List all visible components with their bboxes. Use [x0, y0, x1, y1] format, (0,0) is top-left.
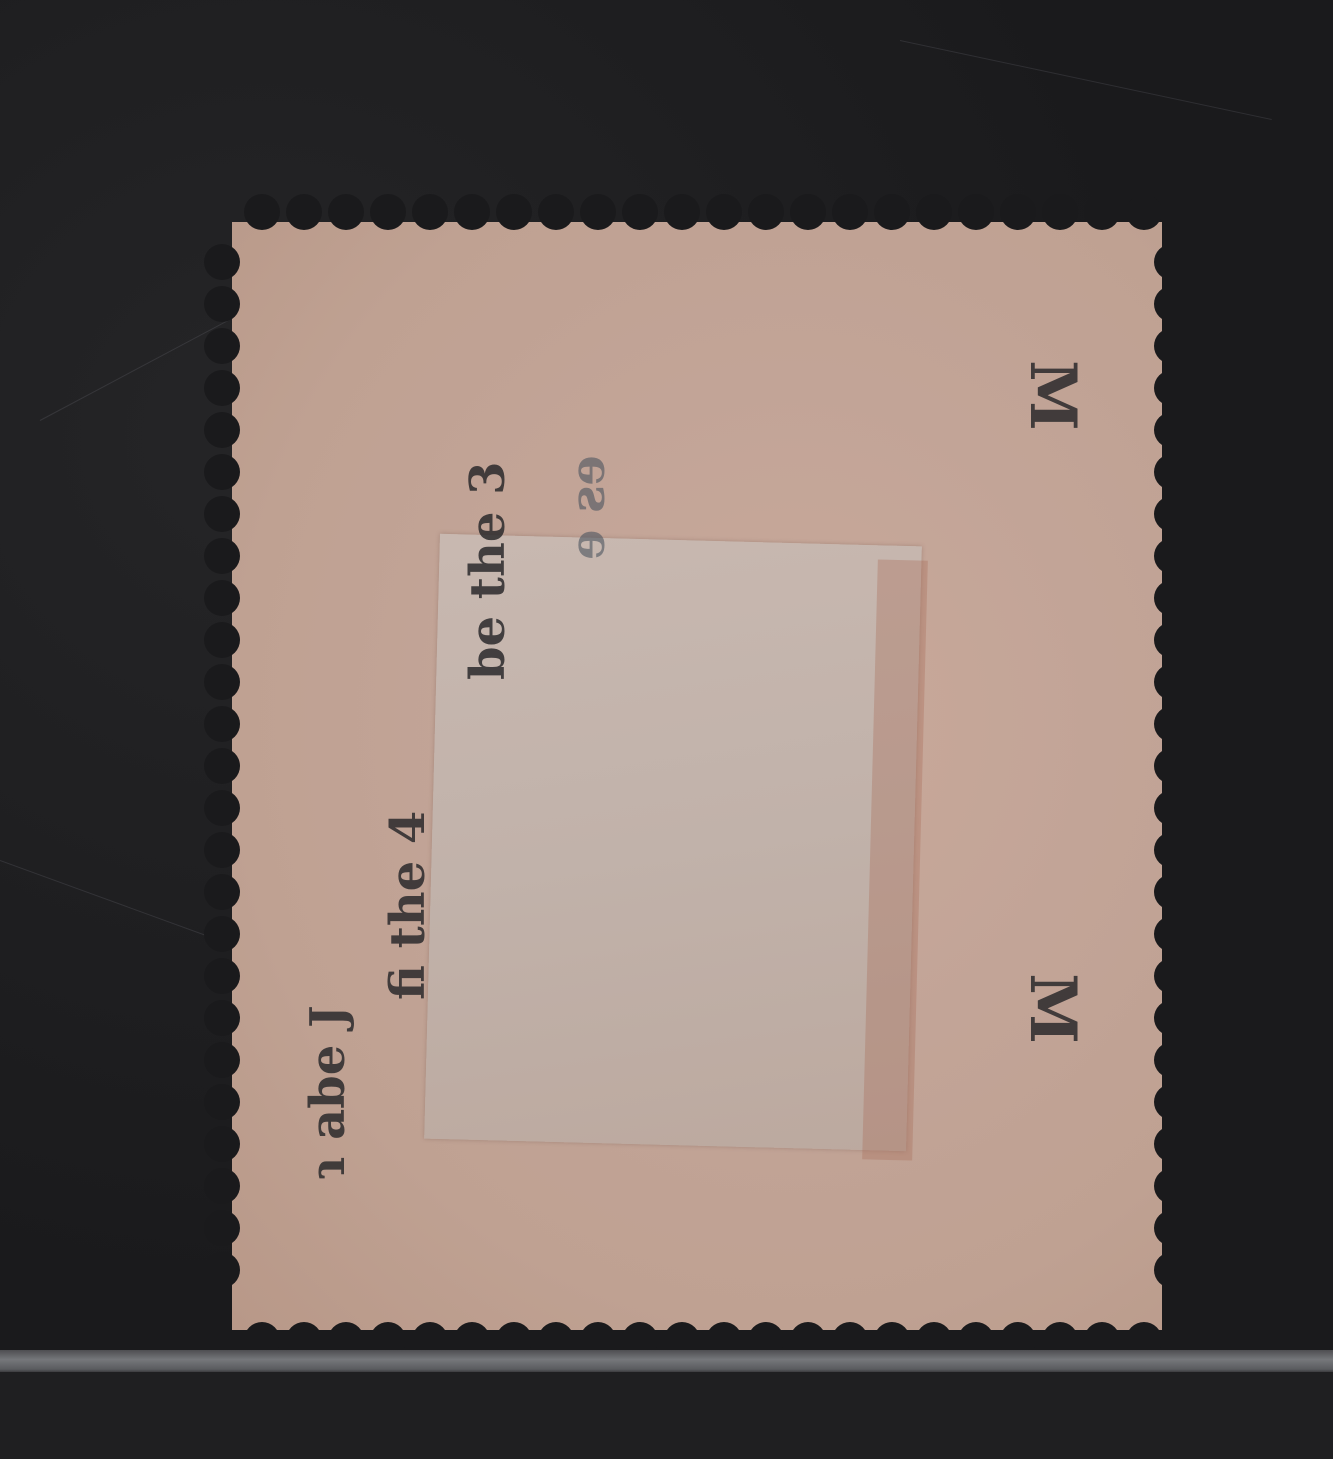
- perforation-hole: [1154, 1126, 1190, 1162]
- perforation-hole: [204, 370, 240, 406]
- perforation-hole: [204, 832, 240, 868]
- perforation-hole: [1154, 454, 1190, 490]
- perforation-hole: [1154, 1168, 1190, 1204]
- perforation-hole: [204, 790, 240, 826]
- perforation-hole: [1154, 916, 1190, 952]
- perforation-hole: [1042, 194, 1078, 230]
- perforation-hole: [286, 194, 322, 230]
- perforation-hole: [1154, 706, 1190, 742]
- perforation-hole: [580, 194, 616, 230]
- perforation-hole: [204, 664, 240, 700]
- perforation-hole: [204, 244, 240, 280]
- perforation-hole: [204, 454, 240, 490]
- offset-text-line2: fi the 4: [380, 811, 436, 1000]
- perforation-hole: [1154, 370, 1190, 406]
- perforation-hole: [204, 496, 240, 532]
- perforation-hole: [832, 194, 868, 230]
- perforation-hole: [1084, 194, 1120, 230]
- perforation-hole: [748, 194, 784, 230]
- perforation-hole: [204, 286, 240, 322]
- perforation-hole: [1154, 580, 1190, 616]
- perforation-hole: [204, 412, 240, 448]
- perforation-hole: [204, 748, 240, 784]
- perforation-hole: [204, 1084, 240, 1120]
- perforation-hole: [1154, 1084, 1190, 1120]
- perforation-hole: [204, 916, 240, 952]
- perforation-hole: [790, 194, 826, 230]
- perforation-hole: [1154, 1042, 1190, 1078]
- perforation-hole: [204, 706, 240, 742]
- perforation-hole: [622, 194, 658, 230]
- perforation-hole: [1154, 244, 1190, 280]
- perforation-hole: [454, 194, 490, 230]
- offset-text-right-marks: M M: [1015, 360, 1090, 1304]
- perforation-hole: [204, 958, 240, 994]
- perforation-hole: [1154, 958, 1190, 994]
- perforation-hole: [370, 194, 406, 230]
- perforation-hole: [204, 1126, 240, 1162]
- lower-mount: [0, 1372, 1333, 1459]
- perforation-hole: [1154, 286, 1190, 322]
- offset-text-line1: ɿ abe J: [300, 1005, 356, 1180]
- perforation-hole: [1154, 412, 1190, 448]
- perforation-hole: [204, 1210, 240, 1246]
- perforation-hole: [958, 194, 994, 230]
- perforation-hole: [204, 622, 240, 658]
- offset-text-line4: ɘ ƨɘ: [560, 455, 616, 560]
- perforation-hole: [1126, 194, 1162, 230]
- offset-text-line3: be the 3: [460, 461, 516, 680]
- perforation-hole: [706, 194, 742, 230]
- perforation-hole: [874, 194, 910, 230]
- perforation-hole: [664, 194, 700, 230]
- perforation-hole: [916, 194, 952, 230]
- perforation-hole: [1154, 1252, 1190, 1288]
- perforation-hole: [1154, 664, 1190, 700]
- perforation-hole: [204, 580, 240, 616]
- perforation-hole: [1154, 538, 1190, 574]
- perforation-hole: [1154, 790, 1190, 826]
- perforation-hole: [244, 194, 280, 230]
- perforation-hole: [1154, 1000, 1190, 1036]
- perforation-hole: [412, 194, 448, 230]
- perforation-hole: [496, 194, 532, 230]
- perforation-hole: [328, 194, 364, 230]
- perforation-hole: [204, 538, 240, 574]
- perforation-hole: [1154, 328, 1190, 364]
- perforation-hole: [204, 874, 240, 910]
- perforation-hole: [204, 1168, 240, 1204]
- perforation-hole: [1154, 874, 1190, 910]
- perforation-hole: [1154, 832, 1190, 868]
- perforation-hole: [1154, 748, 1190, 784]
- perforation-hole: [1154, 622, 1190, 658]
- perforation-hole: [538, 194, 574, 230]
- perforation-hole: [204, 1000, 240, 1036]
- perforation-hole: [204, 328, 240, 364]
- mount-edge-strip: [0, 1350, 1333, 1374]
- perforation-hole: [204, 1042, 240, 1078]
- perforation-hole: [1000, 194, 1036, 230]
- perforation-hole: [1154, 1210, 1190, 1246]
- perforation-hole: [204, 1252, 240, 1288]
- perforation-hole: [1154, 496, 1190, 532]
